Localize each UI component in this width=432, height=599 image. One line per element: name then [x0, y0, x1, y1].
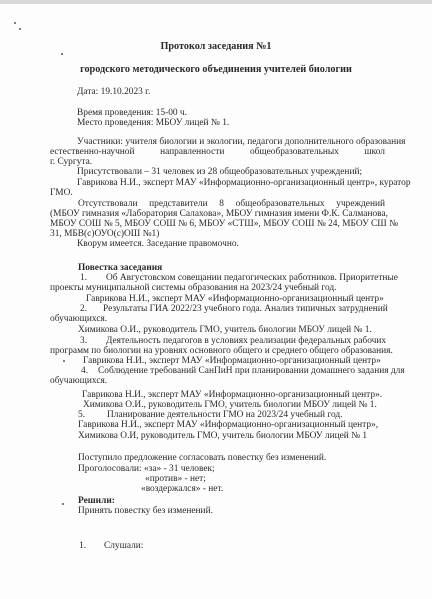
- protocol-document: Протокол заседания №1 городского методич…: [0, 0, 432, 599]
- agenda-item-text: Результаты ГИА 2022/23 учебного года. Ан…: [103, 304, 388, 315]
- present-line: ГМО.: [50, 188, 73, 199]
- agenda-speaker: Химикова О.И, руководитель ГМО, учитель …: [78, 431, 367, 442]
- quorum-text: Кворум имеется. Заседание правомочно.: [77, 239, 239, 250]
- heard-label: Слушали:: [104, 541, 143, 552]
- agenda-speaker: Гаврикова Н.И., эксперт МАУ «Информацион…: [78, 420, 378, 431]
- word: общеобразовательных: [250, 147, 339, 158]
- document-title: Протокол заседания №1: [0, 41, 432, 52]
- heard-number: 1.: [79, 541, 86, 552]
- agenda-item-text: проекты муниципальной системы образовани…: [50, 283, 337, 294]
- vote-abstained: «воздержался» - нет.: [141, 484, 223, 495]
- agenda-item-text: обучающихся.: [50, 376, 107, 387]
- decision-text: Принять повестку без изменений.: [78, 506, 213, 517]
- agenda-speaker: Химикова О.И., руководитель ГМО, учитель…: [78, 325, 372, 336]
- meeting-date: Дата: 19.10.2023 г.: [77, 87, 150, 98]
- meeting-place: Место проведения: МБОУ лицей № 1.: [77, 118, 229, 129]
- proposal-text: Поступило предложение согласовать повест…: [78, 453, 326, 464]
- word: направленности: [160, 147, 224, 158]
- present-line: Гаврикова Н.И., эксперт МАУ «Информацион…: [77, 178, 411, 189]
- agenda-item-text: Соблюдение требований СанПиН при планиро…: [98, 366, 405, 377]
- word: школ: [364, 147, 385, 158]
- present-line: Присутствовали – 31 человек из 28 общеоб…: [77, 167, 362, 178]
- participants-line: естественно-научной направленности общео…: [50, 147, 385, 158]
- document-subtitle: городского методического объединения учи…: [0, 64, 432, 75]
- agenda-item-text: обучающихся.: [50, 314, 107, 325]
